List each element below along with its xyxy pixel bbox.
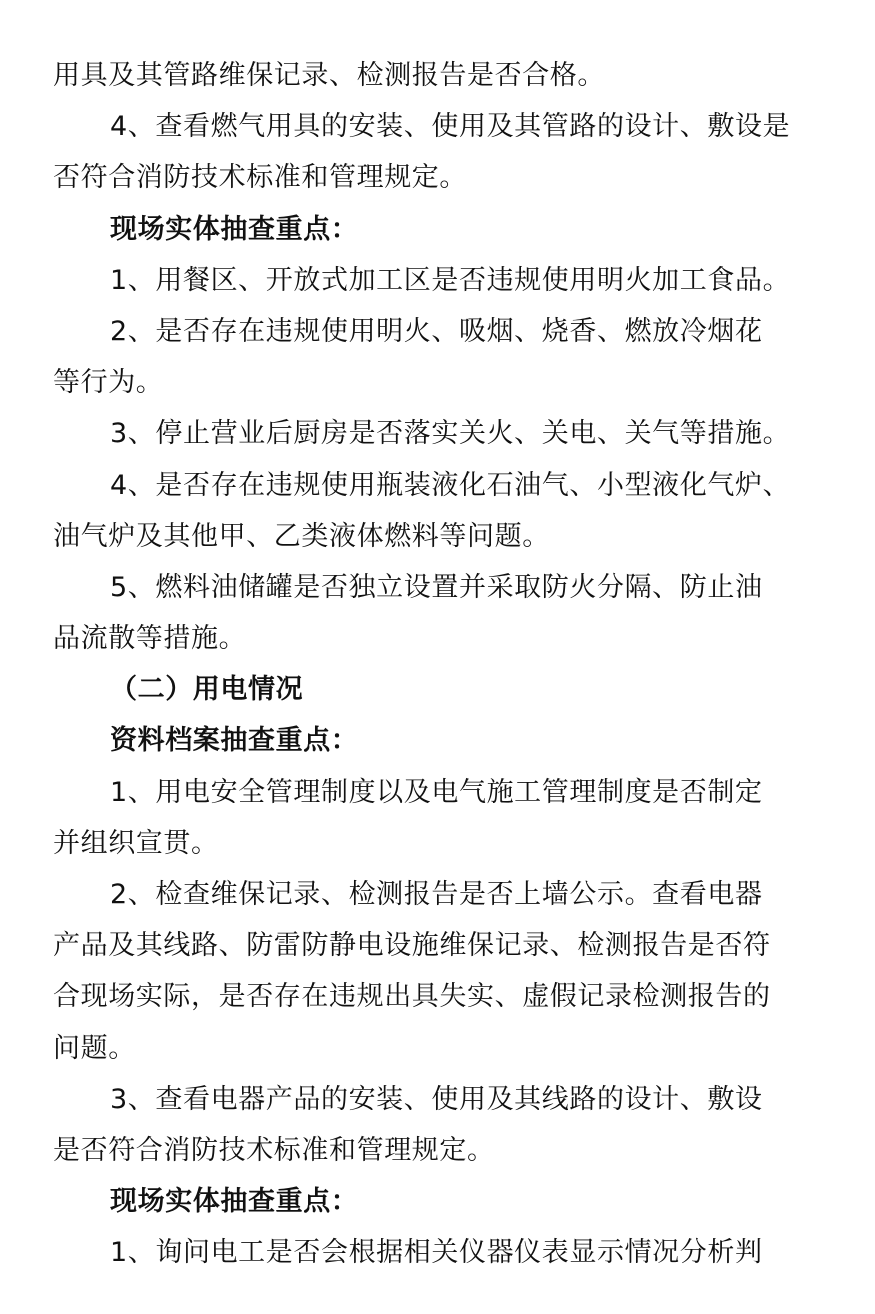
section-heading-records-check: 资料档案抽查重点： (53, 715, 813, 766)
text-line-22: 是否符合消防技术标准和管理规定。 (53, 1125, 813, 1176)
text-line-12: 品流散等措施。 (53, 613, 813, 664)
text-line-1: 用具及其管路维保记录、检测报告是否合格。 (53, 50, 813, 101)
text-line-10: 油气炉及其他甲、乙类液体燃料等问题。 (53, 511, 813, 562)
text-line-3: 否符合消防技术标准和管理规定。 (53, 152, 813, 203)
text-line-21: 3、查看电器产品的安装、使用及其线路的设计、敷设 (53, 1074, 813, 1125)
text-line-17: 2、检查维保记录、检测报告是否上墙公示。查看电器 (53, 869, 813, 920)
text-line-20: 问题。 (53, 1023, 813, 1074)
text-line-18: 产品及其线路、防雷防静电设施维保记录、检测报告是否符 (53, 920, 813, 971)
section-heading-onsite-check: 现场实体抽查重点： (53, 204, 813, 255)
text-line-5: 1、用餐区、开放式加工区是否违规使用明火加工食品。 (53, 255, 813, 306)
text-line-24: 1、询问电工是否会根据相关仪器仪表显示情况分析判 (53, 1227, 813, 1278)
text-line-8: 3、停止营业后厨房是否落实关火、关电、关气等措施。 (53, 408, 813, 459)
text-line-9: 4、是否存在违规使用瓶装液化石油气、小型液化气炉、 (53, 460, 813, 511)
section-heading-electricity: （二）用电情况 (53, 664, 813, 715)
text-line-6: 2、是否存在违规使用明火、吸烟、烧香、燃放冷烟花 (53, 306, 813, 357)
text-line-15: 1、用电安全管理制度以及电气施工管理制度是否制定 (53, 767, 813, 818)
text-line-19: 合现场实际，是否存在违规出具失实、虚假记录检测报告的 (53, 971, 813, 1022)
text-line-2: 4、查看燃气用具的安装、使用及其管路的设计、敷设是 (53, 101, 813, 152)
text-line-7: 等行为。 (53, 357, 813, 408)
section-heading-onsite-check-2: 现场实体抽查重点： (53, 1176, 813, 1227)
document-page: 用具及其管路维保记录、检测报告是否合格。 4、查看燃气用具的安装、使用及其管路的… (53, 50, 813, 1279)
text-line-11: 5、燃料油储罐是否独立设置并采取防火分隔、防止油 (53, 562, 813, 613)
text-line-16: 并组织宣贯。 (53, 818, 813, 869)
